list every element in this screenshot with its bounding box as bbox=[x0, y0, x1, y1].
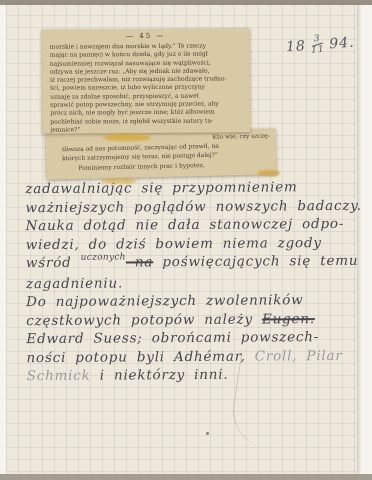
text-line: wśród uczonych na poświęcających się tem… bbox=[26, 252, 356, 275]
text-line: częstkowych potopów należy Eugen. bbox=[26, 309, 356, 330]
text-segment-ink: Do najpoważniejszych zwolenników bbox=[26, 292, 303, 310]
text-segment-ink: i niektórzy inni. bbox=[91, 367, 229, 384]
clipping-main-text: morskie i nawzajem dna morskie w lądy.” … bbox=[50, 42, 243, 135]
text-line: Nauka dotąd nie dała stanowczej odpo- bbox=[26, 215, 356, 236]
text-segment-strike: Eugen. bbox=[262, 311, 315, 327]
text-segment-pencil: Schmick bbox=[27, 368, 91, 384]
text-line: Edward Suess; obrońcami powszech- bbox=[26, 328, 356, 349]
text-segment-pencil: Croll, Pilar bbox=[255, 347, 343, 364]
squared-paper-page: 18 3 11 94. — 45 — morskie i nawzajem dn… bbox=[6, 3, 357, 475]
text-segment-ink: poświęcających się temu bbox=[153, 253, 358, 270]
glue-stain bbox=[258, 170, 280, 176]
text-segment-ink: Edward Suess; obrońcami powszech- bbox=[26, 329, 319, 347]
text-segment-strike: na bbox=[126, 254, 154, 270]
text-segment-ink: wśród bbox=[26, 255, 81, 271]
text-line: wiedzi, do dziś bowiem niema zgody bbox=[26, 233, 356, 254]
text-segment-ink: częstkowych potopów należy bbox=[26, 311, 262, 329]
text-line: zagadnieniu. bbox=[26, 272, 356, 293]
text-segment-ink: zadawalniając się przypomnieniem bbox=[25, 179, 297, 197]
glue-stain bbox=[102, 178, 136, 184]
handwritten-notes: zadawalniając się przypomnieniemważniejs… bbox=[25, 178, 356, 386]
clipping-small-text: Kto wie, czy szczę-śliwsza od nas potomn… bbox=[52, 132, 271, 174]
date-fraction: 3 11 bbox=[310, 35, 325, 55]
ink-dot bbox=[206, 432, 209, 435]
date-year: 94. bbox=[329, 34, 355, 52]
text-line: ności potopu byli Adhémar, Croll, Pilar bbox=[26, 346, 356, 367]
text-line: Do najpoważniejszych zwolenników bbox=[26, 291, 356, 312]
text-line: jemnice?” bbox=[50, 125, 242, 135]
scan-top-shadow bbox=[0, 0, 372, 5]
date-fraction-denominator: 11 bbox=[311, 46, 325, 55]
date-day: 18 bbox=[286, 38, 307, 55]
text-line: prócz nich, nie mogły być jeszcze inne; … bbox=[50, 109, 242, 119]
scan-bottom-shadow bbox=[0, 474, 372, 480]
newspaper-clipping-main: — 45 — morskie i nawzajem dna morskie w … bbox=[42, 28, 251, 133]
text-line: Schmick i niektórzy inni. bbox=[27, 365, 357, 386]
newspaper-clipping-small: Kto wie, czy szczę-śliwsza od nas potomn… bbox=[46, 128, 277, 179]
notebook-page-scan: 18 3 11 94. — 45 — morskie i nawzajem dn… bbox=[0, 0, 372, 480]
text-segment-ink: zagadnieniu. bbox=[26, 275, 123, 292]
text-segment-sup: uczonych bbox=[81, 248, 126, 267]
text-line: zadawalniając się przypomnieniem bbox=[25, 178, 355, 199]
text-segment-ink: wiedzi, do dziś bowiem niema zgody bbox=[26, 235, 322, 253]
text-segment-ink: ważniejszych poglądów nowszych badaczy. bbox=[25, 197, 362, 215]
text-line: ważniejszych poglądów nowszych badaczy. bbox=[25, 196, 355, 217]
clipping-page-number: — 45 — bbox=[50, 31, 242, 40]
handwritten-date: 18 3 11 94. bbox=[285, 33, 355, 57]
glue-stain bbox=[104, 134, 150, 141]
text-segment-ink: ności potopu byli Adhémar, bbox=[26, 348, 254, 366]
text-segment-ink: Nauka dotąd nie dała stanowczej odpo- bbox=[26, 216, 345, 234]
